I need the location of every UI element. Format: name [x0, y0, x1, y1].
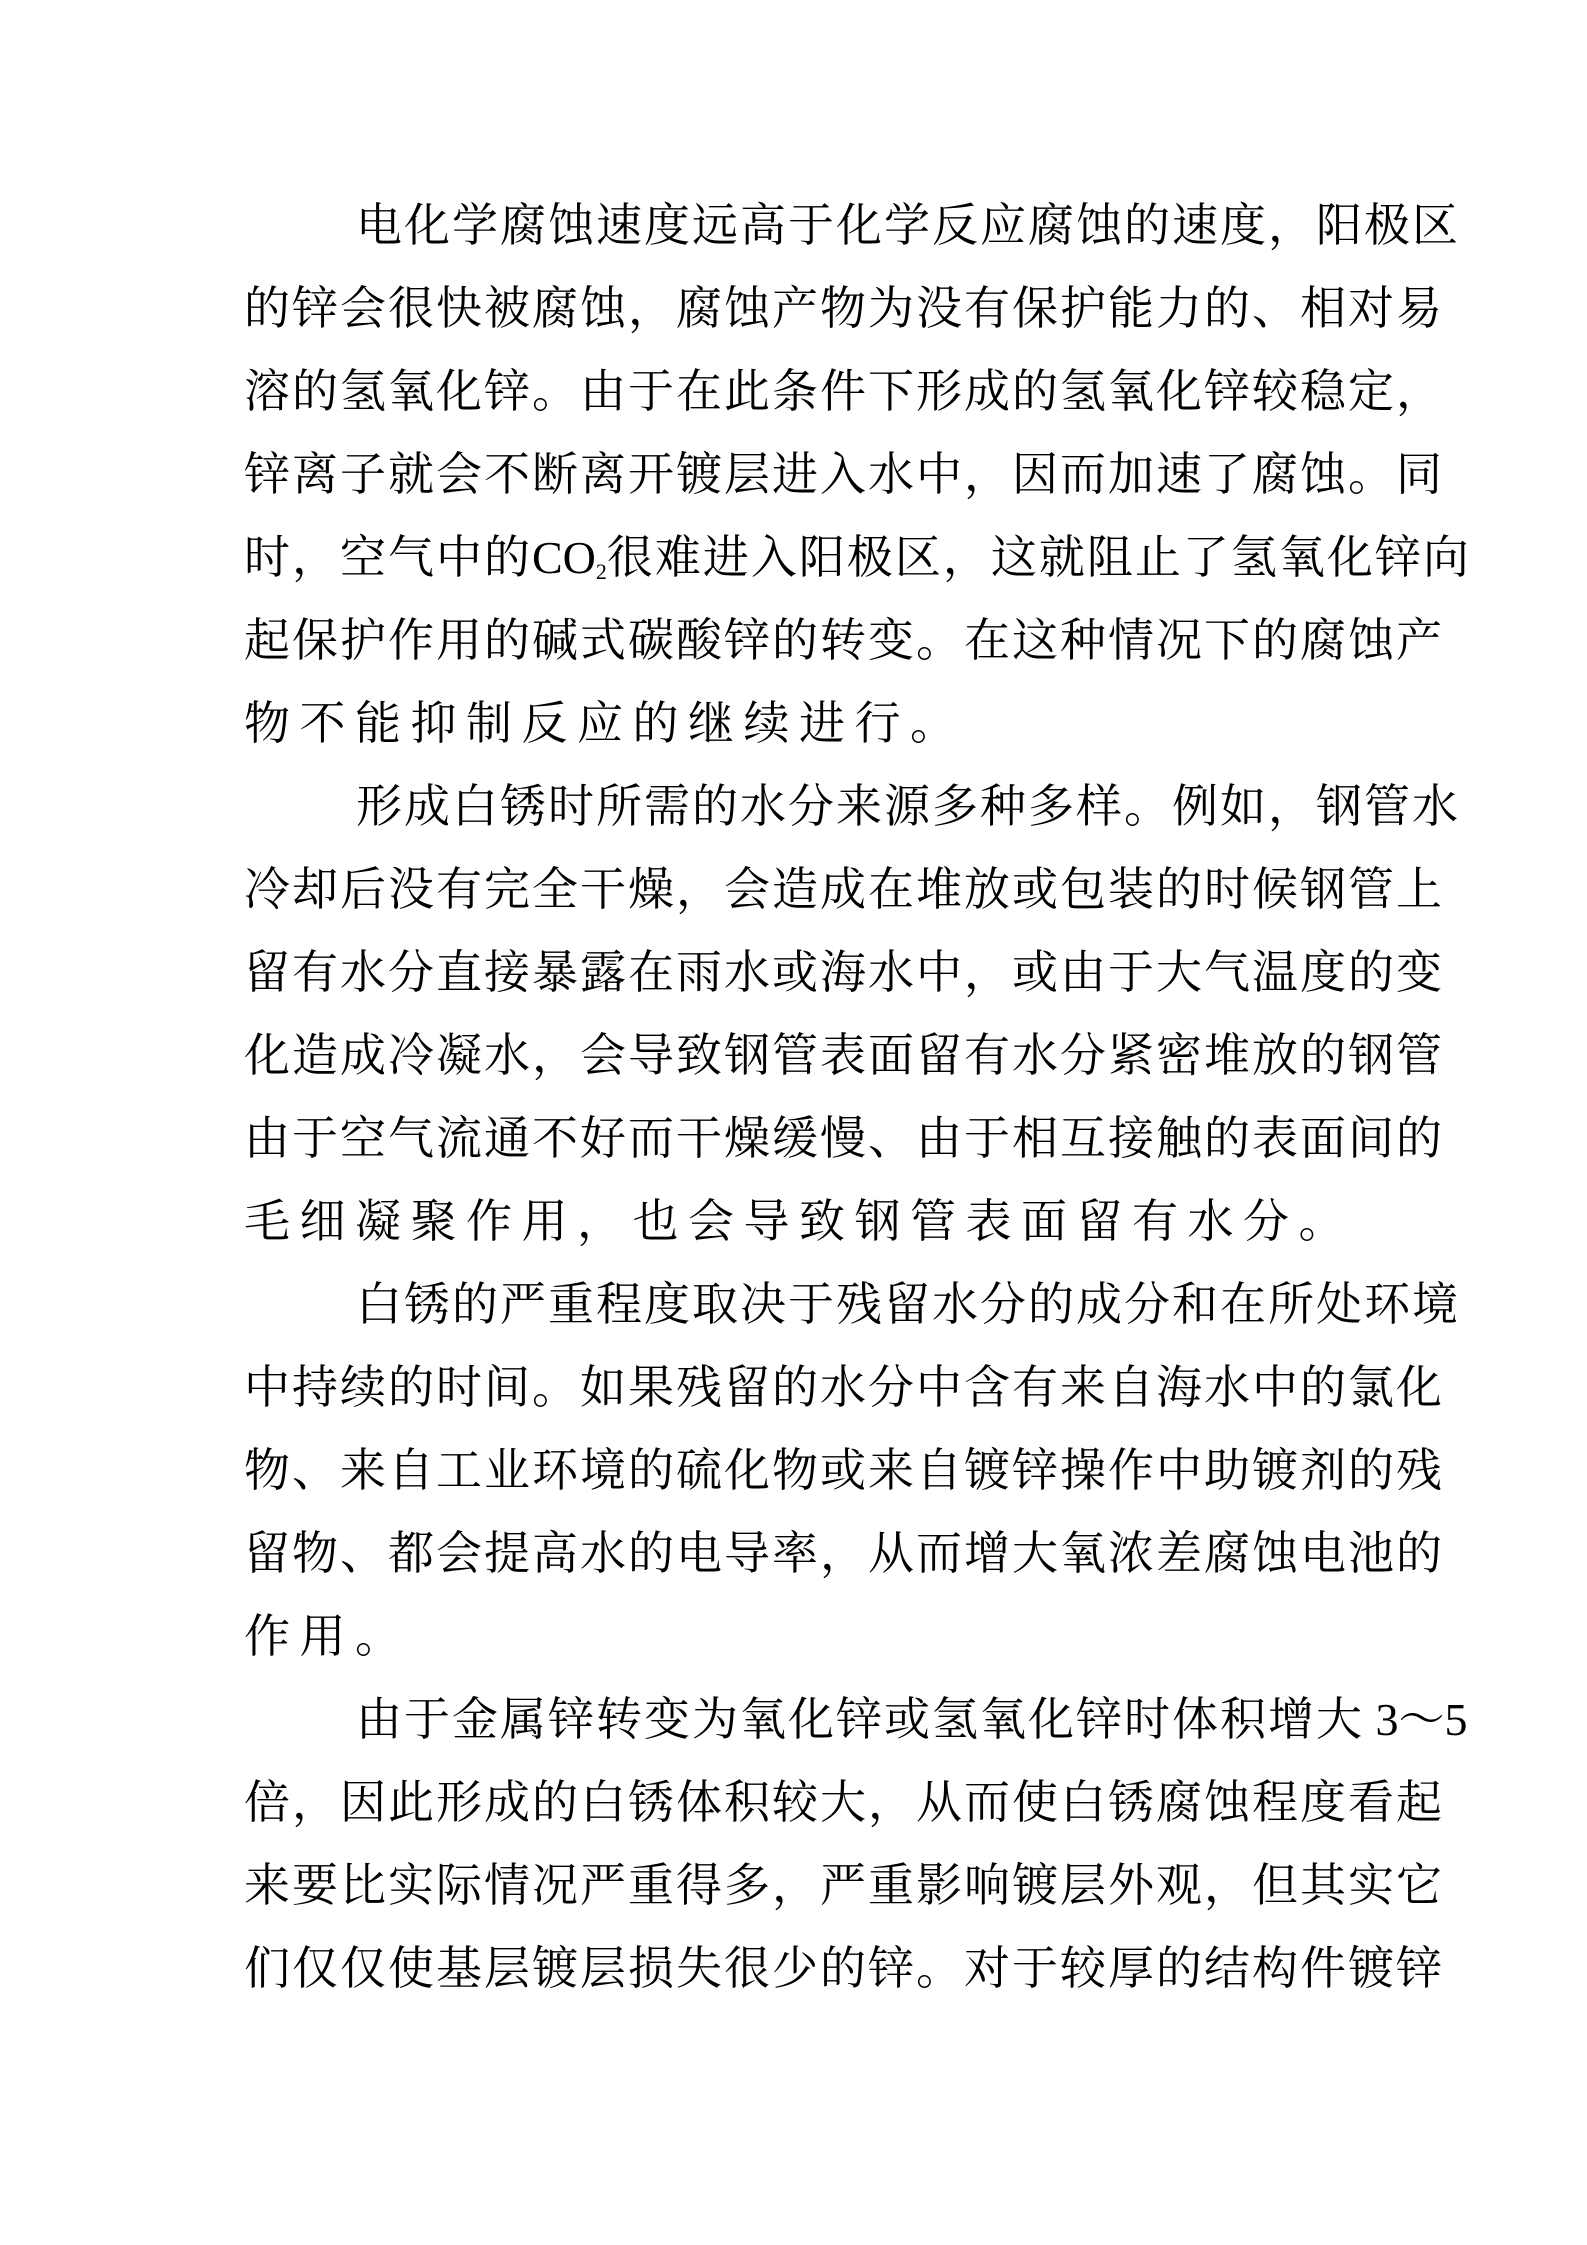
chemical-formula-subscript: 2: [596, 559, 607, 584]
text-line: 锌离子就会不断离开镀层进入水中，因而加速了腐蚀。同: [244, 433, 1314, 516]
text-line: 物不能抑制反应的继续进行。: [244, 682, 1314, 765]
document-page: 电化学腐蚀速度远高于化学反应腐蚀的速度，阳极区 的锌会很快被腐蚀，腐蚀产物为没有…: [0, 0, 1587, 2245]
text-line: 中持续的时间。如果残留的水分中含有来自海水中的氯化: [244, 1346, 1314, 1429]
text-line: 化造成冷凝水，会导致钢管表面留有水分紧密堆放的钢管: [244, 1014, 1314, 1097]
text-line: 由于金属锌转变为氧化锌或氢氧化锌时体积增大 3～5: [244, 1678, 1314, 1761]
text-line: 来要比实际情况严重得多，严重影响镀层外观，但其实它: [244, 1844, 1314, 1927]
text-line: 的锌会很快被腐蚀，腐蚀产物为没有保护能力的、相对易: [244, 267, 1314, 350]
text-line: 溶的氢氧化锌。由于在此条件下形成的氢氧化锌较稳定，: [244, 350, 1314, 433]
paragraph-1: 电化学腐蚀速度远高于化学反应腐蚀的速度，阳极区 的锌会很快被腐蚀，腐蚀产物为没有…: [244, 184, 1314, 765]
text-line: 毛细凝聚作用，也会导致钢管表面留有水分。: [244, 1180, 1314, 1263]
text-line: 留物、都会提高水的电导率，从而增大氧浓差腐蚀电池的: [244, 1512, 1314, 1595]
text-line: 形成白锈时所需的水分来源多种多样。例如，钢管水: [244, 765, 1314, 848]
text-line: 起保护作用的碱式碳酸锌的转变。在这种情况下的腐蚀产: [244, 599, 1314, 682]
text-segment: 很难进入阳极区，这就阻止了氢氧化锌向: [607, 530, 1471, 584]
text-line: 冷却后没有完全干燥，会造成在堆放或包装的时候钢管上: [244, 848, 1314, 931]
text-line: 作用。: [244, 1595, 1314, 1678]
paragraph-2: 形成白锈时所需的水分来源多种多样。例如，钢管水 冷却后没有完全干燥，会造成在堆放…: [244, 765, 1314, 1263]
text-line: 留有水分直接暴露在雨水或海水中，或由于大气温度的变: [244, 931, 1314, 1014]
text-segment: 时，空气中的: [244, 530, 532, 584]
body-text: 电化学腐蚀速度远高于化学反应腐蚀的速度，阳极区 的锌会很快被腐蚀，腐蚀产物为没有…: [244, 184, 1314, 2010]
chemical-formula: CO2: [532, 532, 607, 583]
text-line: 时，空气中的CO2很难进入阳极区，这就阻止了氢氧化锌向: [244, 516, 1314, 599]
text-line: 白锈的严重程度取决于残留水分的成分和在所处环境: [244, 1263, 1314, 1346]
numeric-range: 3～5: [1364, 1694, 1468, 1745]
text-line: 由于空气流通不好而干燥缓慢、由于相互接触的表面间的: [244, 1097, 1314, 1180]
paragraph-3: 白锈的严重程度取决于残留水分的成分和在所处环境 中持续的时间。如果残留的水分中含…: [244, 1263, 1314, 1678]
chemical-formula-base: CO: [532, 532, 596, 583]
text-line: 电化学腐蚀速度远高于化学反应腐蚀的速度，阳极区: [244, 184, 1314, 267]
text-line: 们仅仅使基层镀层损失很少的锌。对于较厚的结构件镀锌: [244, 1927, 1314, 2010]
paragraph-4: 由于金属锌转变为氧化锌或氢氧化锌时体积增大 3～5 倍，因此形成的白锈体积较大，…: [244, 1678, 1314, 2010]
text-line: 物、来自工业环境的硫化物或来自镀锌操作中助镀剂的残: [244, 1429, 1314, 1512]
text-line: 倍，因此形成的白锈体积较大，从而使白锈腐蚀程度看起: [244, 1761, 1314, 1844]
text-segment: 由于金属锌转变为氧化锌或氢氧化锌时体积增大: [356, 1692, 1364, 1746]
